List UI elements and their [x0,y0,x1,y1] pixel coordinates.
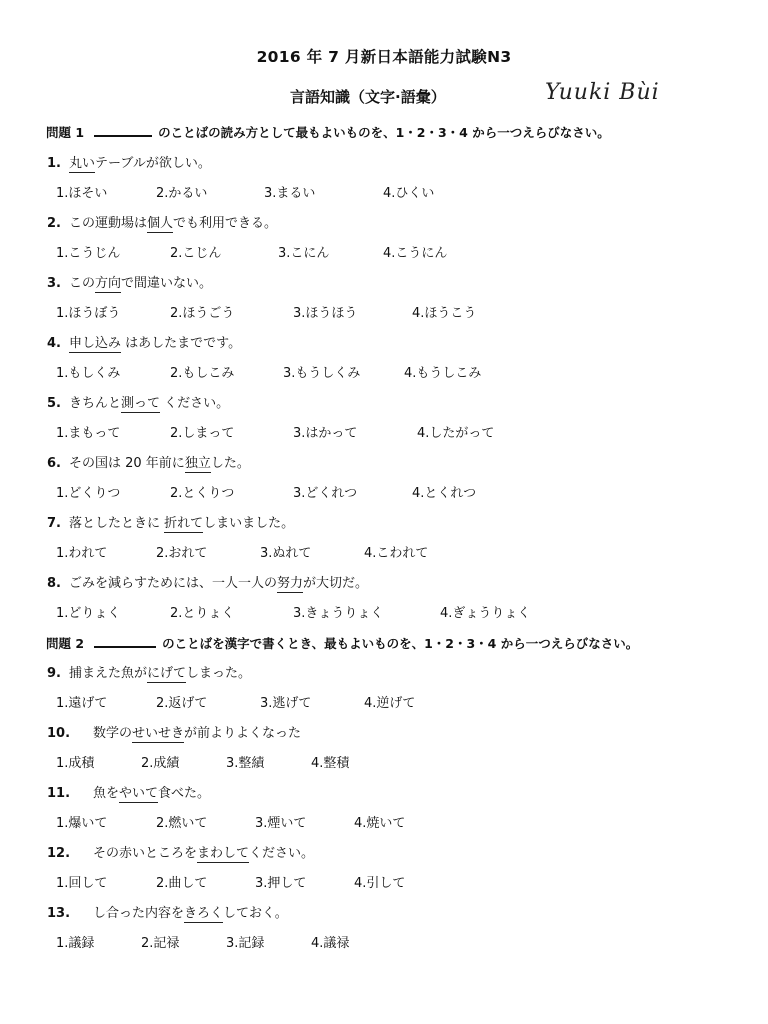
author-signature: Yuuki Bùi [545,80,660,105]
section-label: 問題 1 [46,125,84,140]
underlined-word: せいせき [132,726,184,743]
answer-option-4[interactable]: 4.逆げて [364,692,415,711]
answer-option-3[interactable]: 3.もうしくみ [283,362,360,381]
question-text-after: が大切だ。 [303,576,368,591]
question-number: 6. [47,456,69,471]
answer-option-4[interactable]: 4.ひくい [383,182,434,201]
question-1: 1.丸いテーブルが欲しい。 [47,152,211,171]
question-number: 8. [47,576,69,591]
question-4: 4.申し込み はあしたまでです。 [47,332,241,351]
question-text-after: しておく。 [223,906,288,921]
answer-option-2[interactable]: 2.おれて [156,542,207,561]
answer-option-2[interactable]: 2.燃いて [156,812,207,831]
question-text-after: しまった。 [186,666,251,681]
underlined-word: 努力 [277,576,303,593]
question-12: 12.その赤いところをまわしてください。 [47,842,314,861]
answer-option-1[interactable]: 1.議録 [56,932,94,951]
answer-option-1[interactable]: 1.もしくみ [56,362,120,381]
answer-option-4[interactable]: 4.議禄 [311,932,349,951]
question-text-after: した。 [211,456,250,471]
answer-option-3[interactable]: 3.まるい [264,182,315,201]
underlined-word: 申し込み [69,336,121,353]
question-10: 10.数学のせいせきが前よりよくなった [47,722,301,741]
answer-option-2[interactable]: 2.しまって [170,422,234,441]
question-11: 11.魚をやいて食べた。 [47,782,210,801]
question-text-before: きちんと [69,396,121,411]
question-text-after: で間違いない。 [121,276,212,291]
question-text-after: テーブルが欲しい。 [95,156,211,171]
answer-option-4[interactable]: 4.もうしこみ [404,362,481,381]
answer-option-4[interactable]: 4.整積 [311,752,349,771]
question-text-before: その赤いところを [93,846,197,861]
answer-option-3[interactable]: 3.逃げて [260,692,311,711]
answer-option-2[interactable]: 2.返げて [156,692,207,711]
blank-line [94,125,152,137]
underlined-word: やいて [119,786,158,803]
answer-option-1[interactable]: 1.こうじん [56,242,120,261]
answer-option-1[interactable]: 1.ほそい [56,182,107,201]
answer-option-3[interactable]: 3.記録 [226,932,264,951]
question-13: 13.し合った内容をきろくしておく。 [47,902,288,921]
question-number: 2. [47,216,69,231]
answer-option-2[interactable]: 2.もしこみ [170,362,234,381]
question-text-after: 食べた。 [158,786,210,801]
question-number: 10. [47,726,93,741]
answer-option-1[interactable]: 1.われて [56,542,107,561]
answer-option-2[interactable]: 2.記禄 [141,932,179,951]
underlined-word: にげて [147,666,186,683]
question-number: 1. [47,156,69,171]
answer-option-4[interactable]: 4.こわれて [364,542,428,561]
question-text-before: 捕まえた魚が [69,666,147,681]
answer-option-2[interactable]: 2.曲して [156,872,207,891]
question-6: 6.その国は 20 年前に独立した。 [47,452,250,471]
question-number: 4. [47,336,69,351]
section-instruction: のことばの読み方として最もよいものを、1・2・3・4 から一つえらびなさい。 [158,125,610,140]
underlined-word: 折れて [164,516,203,533]
answer-option-3[interactable]: 3.どくれつ [293,482,357,501]
question-number: 3. [47,276,69,291]
question-9: 9.捕まえた魚がにげてしまった。 [47,662,251,681]
answer-option-1[interactable]: 1.どりょく [56,602,120,621]
section-label: 問題 2 [46,636,84,651]
question-text-after: はあしたまでです。 [121,336,241,351]
underlined-word: まわして [197,846,249,863]
question-number: 12. [47,846,93,861]
question-text-before: この [69,276,95,291]
answer-option-4[interactable]: 4.ほうこう [412,302,476,321]
question-5: 5.きちんと測って ください。 [47,392,229,411]
answer-option-1[interactable]: 1.どくりつ [56,482,120,501]
answer-option-4[interactable]: 4.こうにん [383,242,447,261]
question-number: 11. [47,786,93,801]
answer-option-1[interactable]: 1.遠げて [56,692,107,711]
answer-option-2[interactable]: 2.とくりつ [170,482,234,501]
answer-option-4[interactable]: 4.とくれつ [412,482,476,501]
exam-subtitle: 言語知識（文字·語彙） [290,86,446,107]
answer-option-4[interactable]: 4.引して [354,872,405,891]
question-text-before: 魚を [93,786,119,801]
question-text-before: し合った内容を [93,906,184,921]
answer-option-3[interactable]: 3.ぬれて [260,542,311,561]
question-text-before: ごみを減らすためには、一人一人の [69,576,277,591]
question-number: 13. [47,906,93,921]
underlined-word: 方向 [95,276,121,293]
answer-option-3[interactable]: 3.こにん [278,242,329,261]
answer-option-3[interactable]: 3.ほうほう [293,302,357,321]
question-text-after: ください。 [249,846,314,861]
question-8: 8.ごみを減らすためには、一人一人の努力が大切だ。 [47,572,368,591]
answer-option-1[interactable]: 1.回して [56,872,107,891]
question-3: 3.この方向で間違いない。 [47,272,212,291]
answer-option-4[interactable]: 4.したがって [417,422,494,441]
section-instruction: のことばを漢字で書くとき、最もよいものを、1・2・3・4 から一つえらびなさい。 [162,636,638,651]
answer-option-4[interactable]: 4.ぎょうりょく [440,602,530,621]
answer-option-3[interactable]: 3.押して [255,872,306,891]
question-text-before: 落としたときに [69,516,164,531]
answer-option-1[interactable]: 1.爆いて [56,812,107,831]
blank-line [94,636,156,648]
exam-title: 2016 年 7 月新日本語能力試験N3 [0,45,768,67]
question-2: 2.この運動場は個人でも利用できる。 [47,212,277,231]
question-text-after: でも利用できる。 [173,216,277,231]
underlined-word: 独立 [185,456,211,473]
question-number: 5. [47,396,69,411]
question-text-before: 数学の [93,726,132,741]
answer-option-2[interactable]: 2.とりょく [170,602,234,621]
answer-option-4[interactable]: 4.焼いて [354,812,405,831]
answer-option-3[interactable]: 3.はかって [293,422,357,441]
answer-option-3[interactable]: 3.整績 [226,752,264,771]
question-text-after: が前よりよくなった [184,726,301,741]
question-number: 7. [47,516,69,531]
answer-option-3[interactable]: 3.煙いて [255,812,306,831]
section-2-header: 問題 2のことばを漢字で書くとき、最もよいものを、1・2・3・4 から一つえらび… [46,634,638,652]
answer-option-2[interactable]: 2.成績 [141,752,179,771]
answer-option-3[interactable]: 3.きょうりょく [293,602,383,621]
answer-option-1[interactable]: 1.ほうぼう [56,302,120,321]
answer-option-2[interactable]: 2.かるい [156,182,207,201]
question-text-before: その国は 20 年前に [69,456,185,471]
question-text-before: この運動場は [69,216,147,231]
section-1-header: 問題 1のことばの読み方として最もよいものを、1・2・3・4 から一つえらびなさ… [46,123,610,141]
question-7: 7.落としたときに 折れてしまいました。 [47,512,294,531]
question-text-after: ください。 [160,396,229,411]
underlined-word: 測って [121,396,160,413]
answer-option-2[interactable]: 2.ほうごう [170,302,234,321]
answer-option-2[interactable]: 2.こじん [170,242,221,261]
answer-option-1[interactable]: 1.成積 [56,752,94,771]
question-number: 9. [47,666,69,681]
answer-option-1[interactable]: 1.まもって [56,422,120,441]
underlined-word: きろく [184,906,223,923]
underlined-word: 丸い [69,156,95,173]
question-text-after: しまいました。 [203,516,294,531]
underlined-word: 個人 [147,216,173,233]
